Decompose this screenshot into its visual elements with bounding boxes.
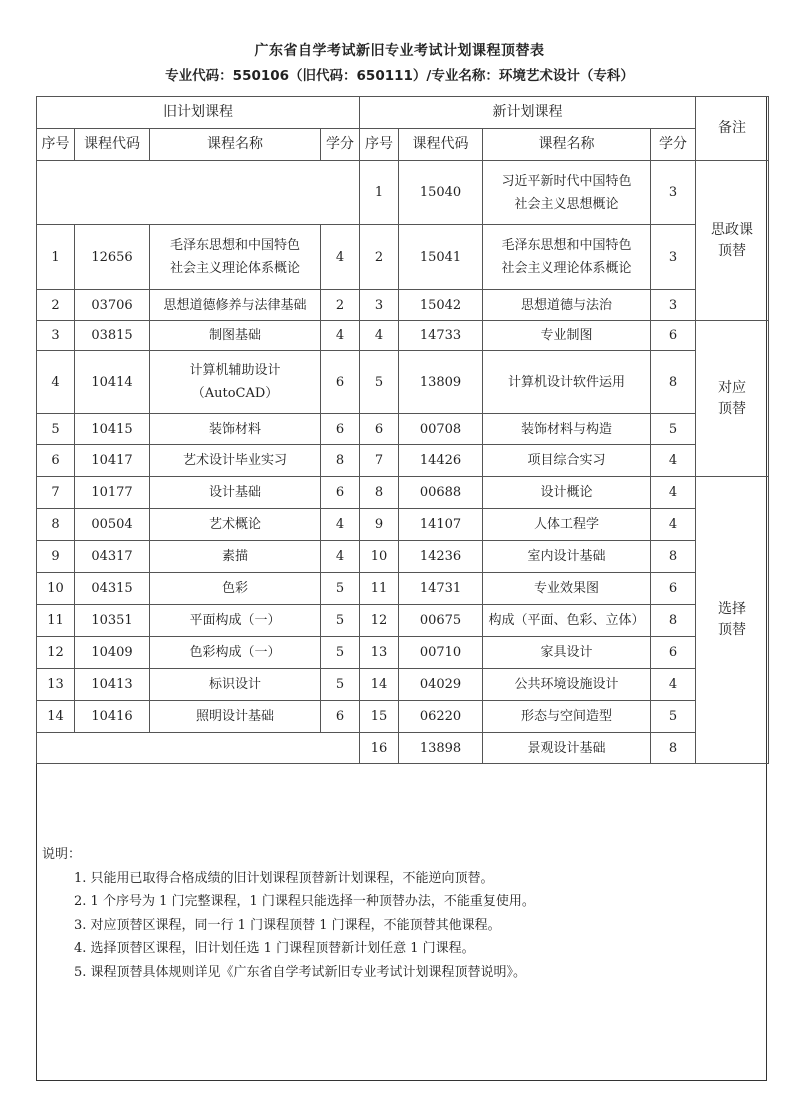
old-name-header: 课程名称 bbox=[150, 129, 321, 161]
remark-cell: 对应顶替 bbox=[696, 321, 769, 477]
new-credit-cell: 4 bbox=[651, 477, 696, 509]
new-credit-cell: 8 bbox=[651, 605, 696, 637]
table-row: 510415装饰材料6600708装饰材料与构造5 bbox=[37, 414, 769, 445]
new-code-cell: 15041 bbox=[399, 225, 483, 290]
old-plan-header: 旧计划课程 bbox=[37, 97, 360, 129]
old-name-cell: 色彩构成（一） bbox=[150, 637, 321, 669]
remark-line: 选择 bbox=[696, 599, 768, 620]
table-row: 410414计算机辅助设计（AutoCAD）6513809计算机设计软件运用8 bbox=[37, 351, 769, 414]
new-seq-cell: 2 bbox=[360, 225, 399, 290]
page-subtitle: 专业代码：550106（旧代码：650111）/专业名称：环境艺术设计（专科） bbox=[0, 64, 799, 84]
old-seq-cell: 8 bbox=[37, 509, 75, 541]
old-course-name-line: 色彩 bbox=[150, 578, 320, 599]
remark-line: 顶替 bbox=[696, 399, 768, 420]
new-credit-cell: 5 bbox=[651, 414, 696, 445]
old-credit-cell: 4 bbox=[321, 225, 360, 290]
old-code-cell: 10414 bbox=[75, 351, 150, 414]
old-name-cell: 思想道德修养与法律基础 bbox=[150, 290, 321, 321]
old-credit-cell: 5 bbox=[321, 573, 360, 605]
old-course-name-line: 制图基础 bbox=[150, 325, 320, 346]
new-code-cell: 14236 bbox=[399, 541, 483, 573]
new-seq-cell: 4 bbox=[360, 321, 399, 351]
old-name-cell: 设计基础 bbox=[150, 477, 321, 509]
new-code-cell: 14426 bbox=[399, 445, 483, 477]
new-name-cell: 景观设计基础 bbox=[483, 733, 651, 764]
new-course-name-line: 毛泽东思想和中国特色 bbox=[483, 234, 650, 257]
new-credit-cell: 3 bbox=[651, 225, 696, 290]
old-seq-cell: 6 bbox=[37, 445, 75, 477]
new-course-name-line: 社会主义思想概论 bbox=[483, 193, 650, 216]
new-code-cell: 00688 bbox=[399, 477, 483, 509]
new-code-cell: 00675 bbox=[399, 605, 483, 637]
old-credit-header: 学分 bbox=[321, 129, 360, 161]
old-code-cell: 03706 bbox=[75, 290, 150, 321]
old-seq-cell: 1 bbox=[37, 225, 75, 290]
table-row: 1110351平面构成（一）51200675构成（平面、色彩、立体）8 bbox=[37, 605, 769, 637]
new-credit-cell: 6 bbox=[651, 573, 696, 605]
new-course-name-line: 装饰材料与构造 bbox=[483, 419, 650, 440]
new-name-cell: 计算机设计软件运用 bbox=[483, 351, 651, 414]
remark-line: 思政课 bbox=[696, 220, 768, 241]
new-seq-cell: 13 bbox=[360, 637, 399, 669]
table-row: 610417艺术设计毕业实习8714426项目综合实习4 bbox=[37, 445, 769, 477]
new-seq-cell: 15 bbox=[360, 701, 399, 733]
new-name-cell: 构成（平面、色彩、立体） bbox=[483, 605, 651, 637]
new-name-cell: 思想道德与法治 bbox=[483, 290, 651, 321]
new-name-cell: 公共环境设施设计 bbox=[483, 669, 651, 701]
new-course-name-line: 习近平新时代中国特色 bbox=[483, 170, 650, 193]
old-seq-cell: 12 bbox=[37, 637, 75, 669]
new-seq-cell: 9 bbox=[360, 509, 399, 541]
old-seq-cell: 7 bbox=[37, 477, 75, 509]
new-seq-cell: 10 bbox=[360, 541, 399, 573]
old-seq-cell: 9 bbox=[37, 541, 75, 573]
old-name-cell: 照明设计基础 bbox=[150, 701, 321, 733]
remark-line: 顶替 bbox=[696, 241, 768, 262]
new-credit-cell: 8 bbox=[651, 351, 696, 414]
old-code-cell: 10416 bbox=[75, 701, 150, 733]
header-row-columns: 序号 课程代码 课程名称 学分 序号 课程代码 课程名称 学分 bbox=[37, 129, 769, 161]
old-code-cell: 10177 bbox=[75, 477, 150, 509]
new-seq-cell: 5 bbox=[360, 351, 399, 414]
old-name-cell: 艺术概论 bbox=[150, 509, 321, 541]
new-seq-cell: 14 bbox=[360, 669, 399, 701]
new-course-name-line: 项目综合实习 bbox=[483, 450, 650, 471]
old-credit-cell: 4 bbox=[321, 541, 360, 573]
new-course-name-line: 景观设计基础 bbox=[483, 738, 650, 759]
new-code-cell: 15040 bbox=[399, 161, 483, 225]
old-code-cell: 10413 bbox=[75, 669, 150, 701]
new-course-name-line: 公共环境设施设计 bbox=[483, 674, 650, 695]
old-name-cell: 平面构成（一） bbox=[150, 605, 321, 637]
new-credit-cell: 8 bbox=[651, 733, 696, 764]
new-course-name-line: 思想道德与法治 bbox=[483, 295, 650, 316]
old-credit-cell: 4 bbox=[321, 509, 360, 541]
new-seq-cell: 7 bbox=[360, 445, 399, 477]
old-code-header: 课程代码 bbox=[75, 129, 150, 161]
new-seq-cell: 3 bbox=[360, 290, 399, 321]
new-credit-cell: 5 bbox=[651, 701, 696, 733]
course-substitution-table: 旧计划课程 新计划课程 备注 序号 课程代码 课程名称 学分 序号 课程代码 课… bbox=[36, 96, 769, 764]
old-name-cell: 毛泽东思想和中国特色社会主义理论体系概论 bbox=[150, 225, 321, 290]
new-seq-cell: 16 bbox=[360, 733, 399, 764]
new-credit-cell: 6 bbox=[651, 637, 696, 669]
table-row: 1410416照明设计基础61506220形态与空间造型5 bbox=[37, 701, 769, 733]
table-row: 1004315色彩51114731专业效果图6 bbox=[37, 573, 769, 605]
new-name-cell: 人体工程学 bbox=[483, 509, 651, 541]
old-seq-cell: 14 bbox=[37, 701, 75, 733]
old-code-cell: 10351 bbox=[75, 605, 150, 637]
notes-section: 说明： 1. 只能用已取得合格成绩的旧计划课程顶替新计划课程，不能逆向顶替。 2… bbox=[42, 843, 535, 984]
old-seq-cell: 10 bbox=[37, 573, 75, 605]
old-seq-cell: 13 bbox=[37, 669, 75, 701]
new-name-cell: 毛泽东思想和中国特色社会主义理论体系概论 bbox=[483, 225, 651, 290]
new-name-cell: 室内设计基础 bbox=[483, 541, 651, 573]
new-credit-header: 学分 bbox=[651, 129, 696, 161]
old-course-name-line: 计算机辅助设计 bbox=[150, 359, 320, 382]
new-course-name-line: 计算机设计软件运用 bbox=[483, 372, 650, 393]
new-name-cell: 专业效果图 bbox=[483, 573, 651, 605]
old-code-cell: 10415 bbox=[75, 414, 150, 445]
new-course-name-line: 专业效果图 bbox=[483, 578, 650, 599]
old-course-name-line: 设计基础 bbox=[150, 482, 320, 503]
old-credit-cell: 5 bbox=[321, 605, 360, 637]
new-plan-header: 新计划课程 bbox=[360, 97, 696, 129]
old-credit-cell: 5 bbox=[321, 637, 360, 669]
new-code-header: 课程代码 bbox=[399, 129, 483, 161]
remark-line: 对应 bbox=[696, 378, 768, 399]
header-row-groups: 旧计划课程 新计划课程 备注 bbox=[37, 97, 769, 129]
new-code-cell: 14107 bbox=[399, 509, 483, 541]
old-name-cell: 色彩 bbox=[150, 573, 321, 605]
table-row: 303815制图基础4414733专业制图6对应顶替 bbox=[37, 321, 769, 351]
old-course-name-line: 标识设计 bbox=[150, 674, 320, 695]
old-name-cell: 素描 bbox=[150, 541, 321, 573]
new-seq-cell: 6 bbox=[360, 414, 399, 445]
remark-line: 顶替 bbox=[696, 620, 768, 641]
old-name-cell: 装饰材料 bbox=[150, 414, 321, 445]
remark-header: 备注 bbox=[696, 97, 769, 161]
old-seq-cell: 11 bbox=[37, 605, 75, 637]
new-seq-cell: 12 bbox=[360, 605, 399, 637]
new-credit-cell: 4 bbox=[651, 445, 696, 477]
table-row: 203706思想道德修养与法律基础2315042思想道德与法治3 bbox=[37, 290, 769, 321]
new-code-cell: 00708 bbox=[399, 414, 483, 445]
new-name-header: 课程名称 bbox=[483, 129, 651, 161]
new-credit-cell: 3 bbox=[651, 161, 696, 225]
table-row: 1310413标识设计51404029公共环境设施设计4 bbox=[37, 669, 769, 701]
old-course-name-line: 艺术概论 bbox=[150, 514, 320, 535]
old-code-cell: 10409 bbox=[75, 637, 150, 669]
table-row: 800504艺术概论4914107人体工程学4 bbox=[37, 509, 769, 541]
new-code-cell: 14733 bbox=[399, 321, 483, 351]
new-name-cell: 习近平新时代中国特色社会主义思想概论 bbox=[483, 161, 651, 225]
old-course-name-line: 毛泽东思想和中国特色 bbox=[150, 234, 320, 257]
new-code-cell: 00710 bbox=[399, 637, 483, 669]
new-credit-cell: 4 bbox=[651, 509, 696, 541]
new-credit-cell: 8 bbox=[651, 541, 696, 573]
new-course-name-line: 家具设计 bbox=[483, 642, 650, 663]
new-course-name-line: 社会主义理论体系概论 bbox=[483, 257, 650, 280]
table-row: 1613898景观设计基础8 bbox=[37, 733, 769, 764]
new-course-name-line: 构成（平面、色彩、立体） bbox=[483, 610, 650, 631]
notes-heading: 说明： bbox=[42, 843, 535, 867]
new-credit-cell: 4 bbox=[651, 669, 696, 701]
new-name-cell: 家具设计 bbox=[483, 637, 651, 669]
new-credit-cell: 6 bbox=[651, 321, 696, 351]
old-code-cell: 10417 bbox=[75, 445, 150, 477]
new-seq-header: 序号 bbox=[360, 129, 399, 161]
old-credit-cell: 4 bbox=[321, 321, 360, 351]
new-course-name-line: 设计概论 bbox=[483, 482, 650, 503]
old-course-name-line: 平面构成（一） bbox=[150, 610, 320, 631]
old-course-name-line: 色彩构成（一） bbox=[150, 642, 320, 663]
new-code-cell: 06220 bbox=[399, 701, 483, 733]
note-item: 2. 1 个序号为 1 门完整课程，1 门课程只能选择一种顶替办法，不能重复使用… bbox=[74, 890, 535, 914]
new-course-name-line: 人体工程学 bbox=[483, 514, 650, 535]
new-course-name-line: 室内设计基础 bbox=[483, 546, 650, 567]
page-title: 广东省自学考试新旧专业考试计划课程顶替表 bbox=[0, 40, 799, 60]
old-credit-cell: 2 bbox=[321, 290, 360, 321]
old-credit-cell: 8 bbox=[321, 445, 360, 477]
old-course-name-line: 照明设计基础 bbox=[150, 706, 320, 727]
table-row: 710177设计基础6800688设计概论4选择顶替 bbox=[37, 477, 769, 509]
old-seq-header: 序号 bbox=[37, 129, 75, 161]
new-name-cell: 装饰材料与构造 bbox=[483, 414, 651, 445]
new-code-cell: 04029 bbox=[399, 669, 483, 701]
old-name-cell: 计算机辅助设计（AutoCAD） bbox=[150, 351, 321, 414]
old-seq-cell: 4 bbox=[37, 351, 75, 414]
old-code-cell: 03815 bbox=[75, 321, 150, 351]
new-credit-cell: 3 bbox=[651, 290, 696, 321]
new-name-cell: 专业制图 bbox=[483, 321, 651, 351]
new-name-cell: 设计概论 bbox=[483, 477, 651, 509]
old-course-name-line: 素描 bbox=[150, 546, 320, 567]
old-empty-cell bbox=[37, 161, 360, 225]
new-code-cell: 15042 bbox=[399, 290, 483, 321]
new-code-cell: 13809 bbox=[399, 351, 483, 414]
new-course-name-line: 形态与空间造型 bbox=[483, 706, 650, 727]
old-course-name-line: 社会主义理论体系概论 bbox=[150, 257, 320, 280]
remark-cell: 选择顶替 bbox=[696, 477, 769, 764]
new-name-cell: 形态与空间造型 bbox=[483, 701, 651, 733]
note-item: 4. 选择顶替区课程，旧计划任选 1 门课程顶替新计划任意 1 门课程。 bbox=[74, 937, 535, 961]
new-code-cell: 13898 bbox=[399, 733, 483, 764]
old-name-cell: 制图基础 bbox=[150, 321, 321, 351]
new-seq-cell: 8 bbox=[360, 477, 399, 509]
table-row: 115040习近平新时代中国特色社会主义思想概论3思政课顶替 bbox=[37, 161, 769, 225]
old-seq-cell: 3 bbox=[37, 321, 75, 351]
note-item: 5. 课程顶替具体规则详见《广东省自学考试新旧专业考试计划课程顶替说明》。 bbox=[74, 961, 535, 985]
old-code-cell: 04315 bbox=[75, 573, 150, 605]
new-code-cell: 14731 bbox=[399, 573, 483, 605]
note-item: 1. 只能用已取得合格成绩的旧计划课程顶替新计划课程，不能逆向顶替。 bbox=[74, 867, 535, 891]
old-code-cell: 00504 bbox=[75, 509, 150, 541]
new-name-cell: 项目综合实习 bbox=[483, 445, 651, 477]
old-credit-cell: 6 bbox=[321, 701, 360, 733]
table-row: 1210409色彩构成（一）51300710家具设计6 bbox=[37, 637, 769, 669]
old-code-cell: 12656 bbox=[75, 225, 150, 290]
old-credit-cell: 5 bbox=[321, 669, 360, 701]
old-seq-cell: 2 bbox=[37, 290, 75, 321]
table-row: 112656毛泽东思想和中国特色社会主义理论体系概论4215041毛泽东思想和中… bbox=[37, 225, 769, 290]
old-course-name-line: （AutoCAD） bbox=[150, 382, 320, 405]
old-course-name-line: 艺术设计毕业实习 bbox=[150, 450, 320, 471]
old-course-name-line: 装饰材料 bbox=[150, 419, 320, 440]
old-credit-cell: 6 bbox=[321, 351, 360, 414]
old-credit-cell: 6 bbox=[321, 414, 360, 445]
old-empty-cell bbox=[37, 733, 360, 764]
old-name-cell: 艺术设计毕业实习 bbox=[150, 445, 321, 477]
new-seq-cell: 11 bbox=[360, 573, 399, 605]
old-seq-cell: 5 bbox=[37, 414, 75, 445]
old-credit-cell: 6 bbox=[321, 477, 360, 509]
old-course-name-line: 思想道德修养与法律基础 bbox=[150, 295, 320, 316]
note-item: 3. 对应顶替区课程，同一行 1 门课程顶替 1 门课程，不能顶替其他课程。 bbox=[74, 914, 535, 938]
old-name-cell: 标识设计 bbox=[150, 669, 321, 701]
old-code-cell: 04317 bbox=[75, 541, 150, 573]
new-course-name-line: 专业制图 bbox=[483, 325, 650, 346]
remark-cell: 思政课顶替 bbox=[696, 161, 769, 321]
table-row: 904317素描41014236室内设计基础8 bbox=[37, 541, 769, 573]
new-seq-cell: 1 bbox=[360, 161, 399, 225]
